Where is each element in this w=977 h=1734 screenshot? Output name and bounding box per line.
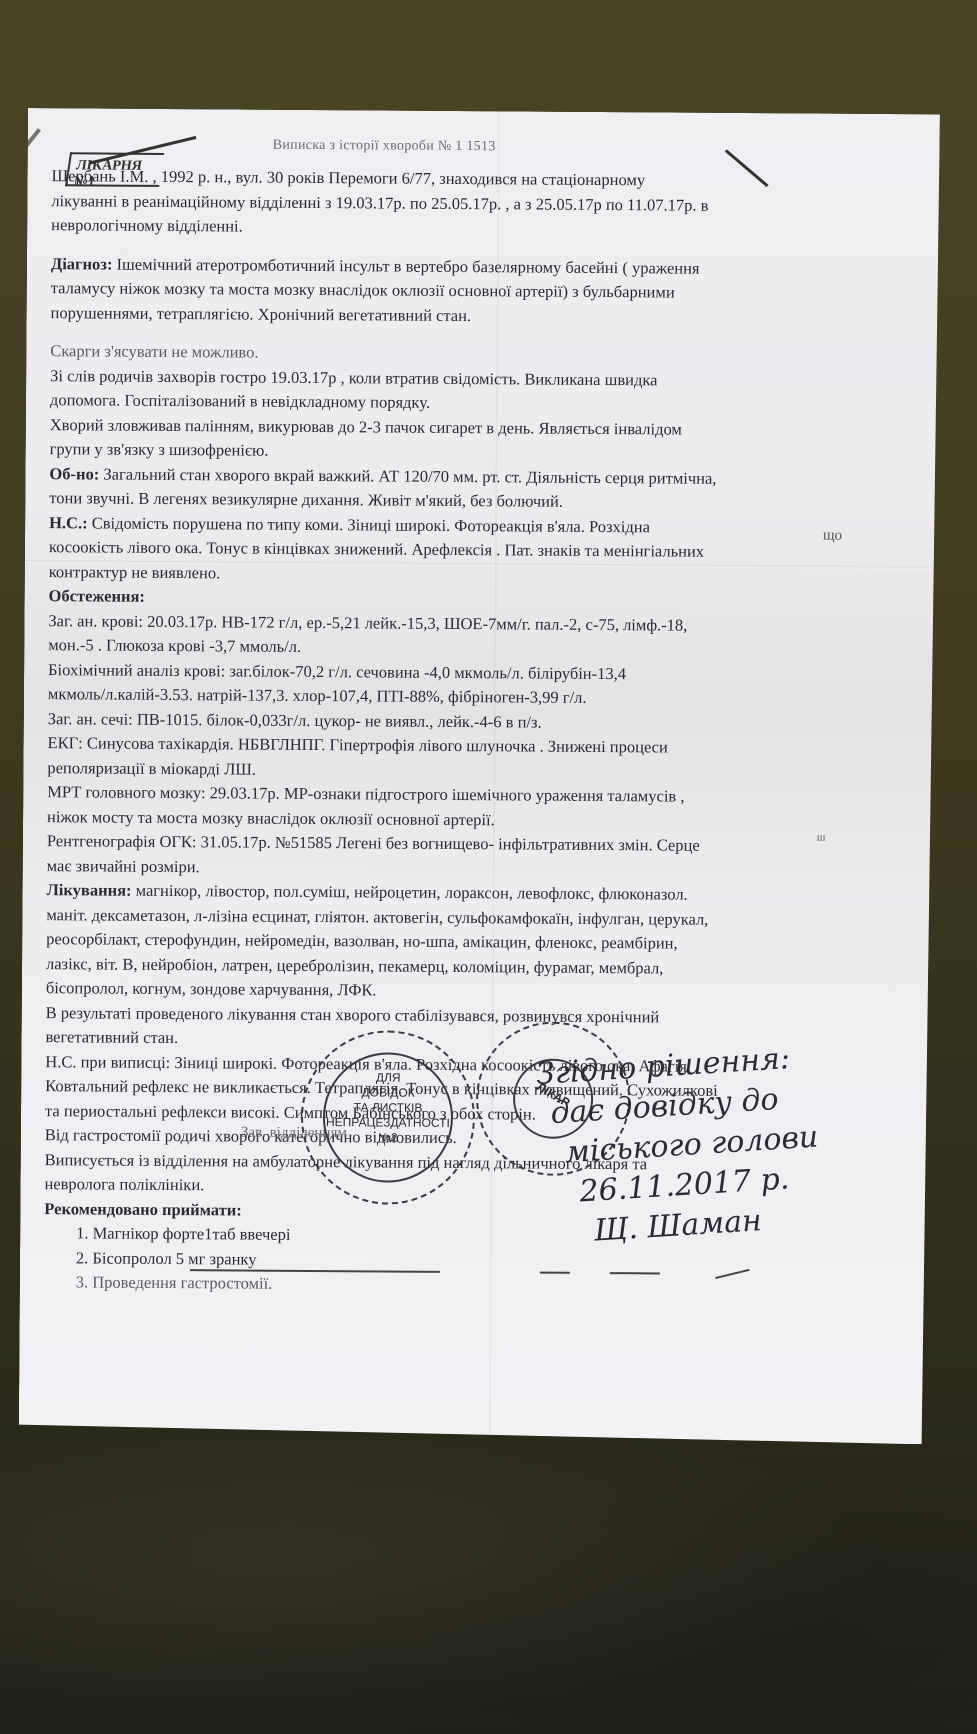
line-text: маніт. дексаметазон, л-лізіна есцинат, г…: [46, 905, 708, 929]
stamp-line: ДЛЯ: [303, 1070, 473, 1086]
line-text: косоокість лівого ока. Тонус в кінцівках…: [49, 537, 704, 561]
line-text: порушеннями, тетраплягією. Хронічний вег…: [51, 303, 472, 325]
background-fabric: [0, 1440, 977, 1734]
line-text: реполяризації в міокарді ЛШ.: [47, 758, 256, 778]
margin-fragment: ш: [817, 832, 826, 844]
line-text: магнікор, лівостор, пол.суміш, нейроцети…: [131, 881, 687, 904]
line-text: Біохімічний аналіз крові: заг.білок-70,2…: [48, 660, 626, 683]
line-text: лікуванні в реанімаційному відділенні з …: [51, 191, 708, 215]
line-text: вегетативний стан.: [45, 1027, 178, 1047]
line-text: мкмоль/л.калій-3.53. натрій-137,3. хлор-…: [48, 684, 587, 707]
section-label: Обстеження:: [49, 586, 145, 606]
line-text: МРТ головного мозку: 29.03.17р. МР-ознак…: [47, 782, 684, 805]
line-text: Ішемічний атеротромботичний інсульт в ве…: [112, 254, 699, 277]
pen-mark-bottom: [540, 1272, 570, 1274]
line-text: лазікс, віт. В, нейробіон, латрен, цереб…: [46, 954, 664, 977]
stamp-line: №2: [303, 1130, 473, 1146]
line-text: ЕКГ: Синусова тахікардія. НБВГЛНПГ. Гіпе…: [48, 733, 668, 756]
line-text: контрактур не виявлено.: [49, 562, 221, 582]
section-label: Об-но:: [49, 464, 99, 483]
line-text: реосорбілакт, стерофундин, нейромедін, в…: [46, 929, 678, 952]
line-text: неврологічному відділенні.: [51, 215, 243, 235]
line-text: таламусу ніжок мозку та моста мозку внас…: [51, 278, 675, 301]
line-text: Заг. ан. сечі: ПВ-1015. білок-0,033г/л. …: [48, 709, 542, 731]
handwritten-note: Згідно рішення:дає довідку доміського го…: [535, 1031, 927, 1254]
line-text: бісопролол, когнум, зондове харчування, …: [46, 978, 377, 999]
stamp-line: ДОВІДОК: [303, 1085, 473, 1101]
line-text: Хворий зловживав палінням, викурював до …: [50, 415, 682, 438]
line-text: Скарги з'ясувати не можливо.: [50, 341, 258, 361]
stamp-line: ТА ЛИСТКІВ: [303, 1100, 473, 1116]
document-title: Виписка з історії хвороби № 1 1513: [273, 138, 496, 156]
line-text: ніжок мосту та моста мозку внаслідок окл…: [47, 807, 495, 829]
line-text: мон.-5 . Глюкоза крові -3,7 ммоль/л.: [48, 635, 301, 656]
discharge-document: ЛІКАРНЯ №1 Виписка з історії хвороби № 1…: [19, 108, 940, 1444]
line-text: Заг. ан. крові: 20.03.17р. НВ-172 г/л, е…: [48, 611, 687, 634]
stamp-line: НЕПРАЦЕЗДАТНОСТІ: [303, 1115, 473, 1131]
line-text: Щербань І.М. , 1992 р. н., вул. 30 років…: [51, 166, 645, 189]
section-label: Лікування:: [46, 880, 131, 900]
line-text: невролога поліклініки.: [44, 1174, 204, 1194]
line-text: тони звучні. В легенях везикулярне дихан…: [49, 488, 563, 511]
line-text: Загальний стан хворого вкрай важкий. АТ …: [99, 464, 716, 487]
line-text: має звичайні розміри.: [47, 856, 200, 876]
section-label: Діагноз:: [51, 254, 113, 273]
pen-mark-bottom: [610, 1272, 660, 1274]
line-text: допомога. Госпіталізований в невідкладно…: [50, 390, 430, 412]
stamp-left-center-text: ДЛЯДОВІДОКТА ЛИСТКІВНЕПРАЦЕЗДАТНОСТІ№2: [303, 1070, 474, 1146]
stamp-left: ДЛЯДОВІДОКТА ЛИСТКІВНЕПРАЦЕЗДАТНОСТІ№2: [300, 1030, 475, 1205]
line-text: Свідомість порушена по типу коми. Зіниці…: [88, 513, 650, 536]
line-text: Зі слів родичів захворів гостро 19.03.17…: [50, 366, 657, 389]
margin-fragment: що: [823, 528, 842, 545]
pen-stroke-mark: [0, 128, 41, 232]
line-text: групи у зв'язку з шизофренією.: [50, 439, 269, 460]
recommendation-item: 3. Проведення гастростомії.: [76, 1270, 884, 1300]
line-text: Рентгенографія ОГК: 31.05.17р. №51585 Ле…: [47, 831, 700, 855]
section-label: Н.С.:: [49, 513, 88, 532]
